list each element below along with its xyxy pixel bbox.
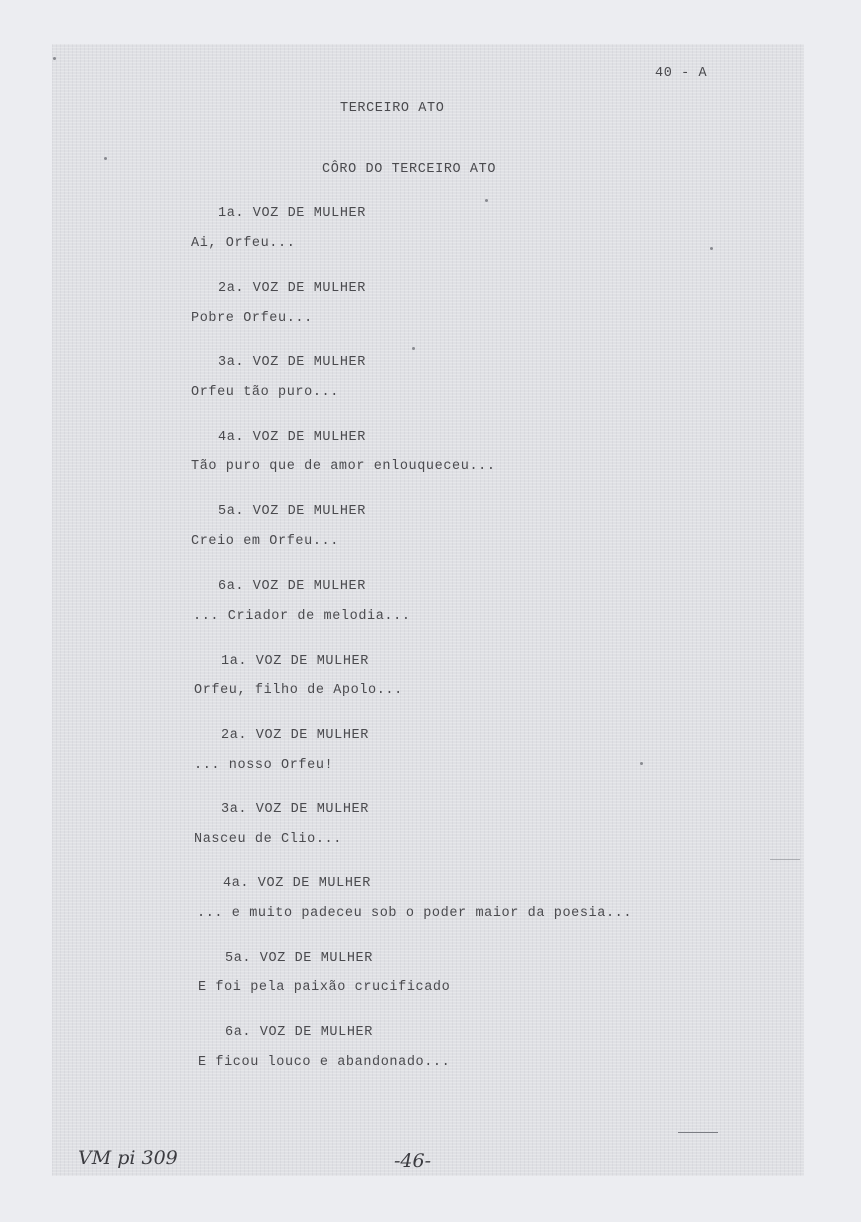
paper-speck <box>104 157 107 160</box>
dialogue-line: ... Criador de melodia... <box>193 609 411 625</box>
dialogue-line: ... e muito padeceu sob o poder maior da… <box>197 906 632 922</box>
dialogue-line: E ficou louco e abandonado... <box>198 1055 450 1071</box>
act-title: TERCEIRO ATO <box>340 101 444 117</box>
paper-mark <box>678 1132 718 1133</box>
speaker-label: 6a. VOZ DE MULHER <box>225 1025 373 1041</box>
handwritten-reference: VM pi 309 <box>78 1147 178 1169</box>
paper-speck <box>640 762 643 765</box>
paper-mark <box>770 859 800 860</box>
speaker-label: 5a. VOZ DE MULHER <box>225 951 373 967</box>
speaker-label: 3a. VOZ DE MULHER <box>218 355 366 371</box>
speaker-label: 5a. VOZ DE MULHER <box>218 504 366 520</box>
dialogue-line: Tão puro que de amor enlouqueceu... <box>191 459 496 475</box>
paper-speck <box>710 247 713 250</box>
handwritten-page-number: -46- <box>394 1150 431 1172</box>
dialogue-line: Orfeu, filho de Apolo... <box>194 683 403 699</box>
paper-speck <box>485 199 488 202</box>
speaker-label: 2a. VOZ DE MULHER <box>218 281 366 297</box>
speaker-label: 4a. VOZ DE MULHER <box>223 876 371 892</box>
speaker-label: 1a. VOZ DE MULHER <box>218 206 366 222</box>
paper-speck <box>53 57 56 60</box>
paper-speck <box>412 347 415 350</box>
dialogue-line: Creio em Orfeu... <box>191 534 339 550</box>
speaker-label: 4a. VOZ DE MULHER <box>218 430 366 446</box>
dialogue-line: ... nosso Orfeu! <box>194 758 333 774</box>
speaker-label: 3a. VOZ DE MULHER <box>221 802 369 818</box>
dialogue-line: Nasceu de Clio... <box>194 832 342 848</box>
dialogue-line: Ai, Orfeu... <box>191 236 295 252</box>
dialogue-line: Pobre Orfeu... <box>191 311 313 327</box>
speaker-label: 6a. VOZ DE MULHER <box>218 579 366 595</box>
document-page <box>52 44 804 1176</box>
section-title: CÔRO DO TERCEIRO ATO <box>322 162 496 178</box>
speaker-label: 1a. VOZ DE MULHER <box>221 654 369 670</box>
dialogue-line: Orfeu tão puro... <box>191 385 339 401</box>
page-number: 40 - A <box>655 66 707 82</box>
speaker-label: 2a. VOZ DE MULHER <box>221 728 369 744</box>
dialogue-line: E foi pela paixão crucificado <box>198 980 450 996</box>
